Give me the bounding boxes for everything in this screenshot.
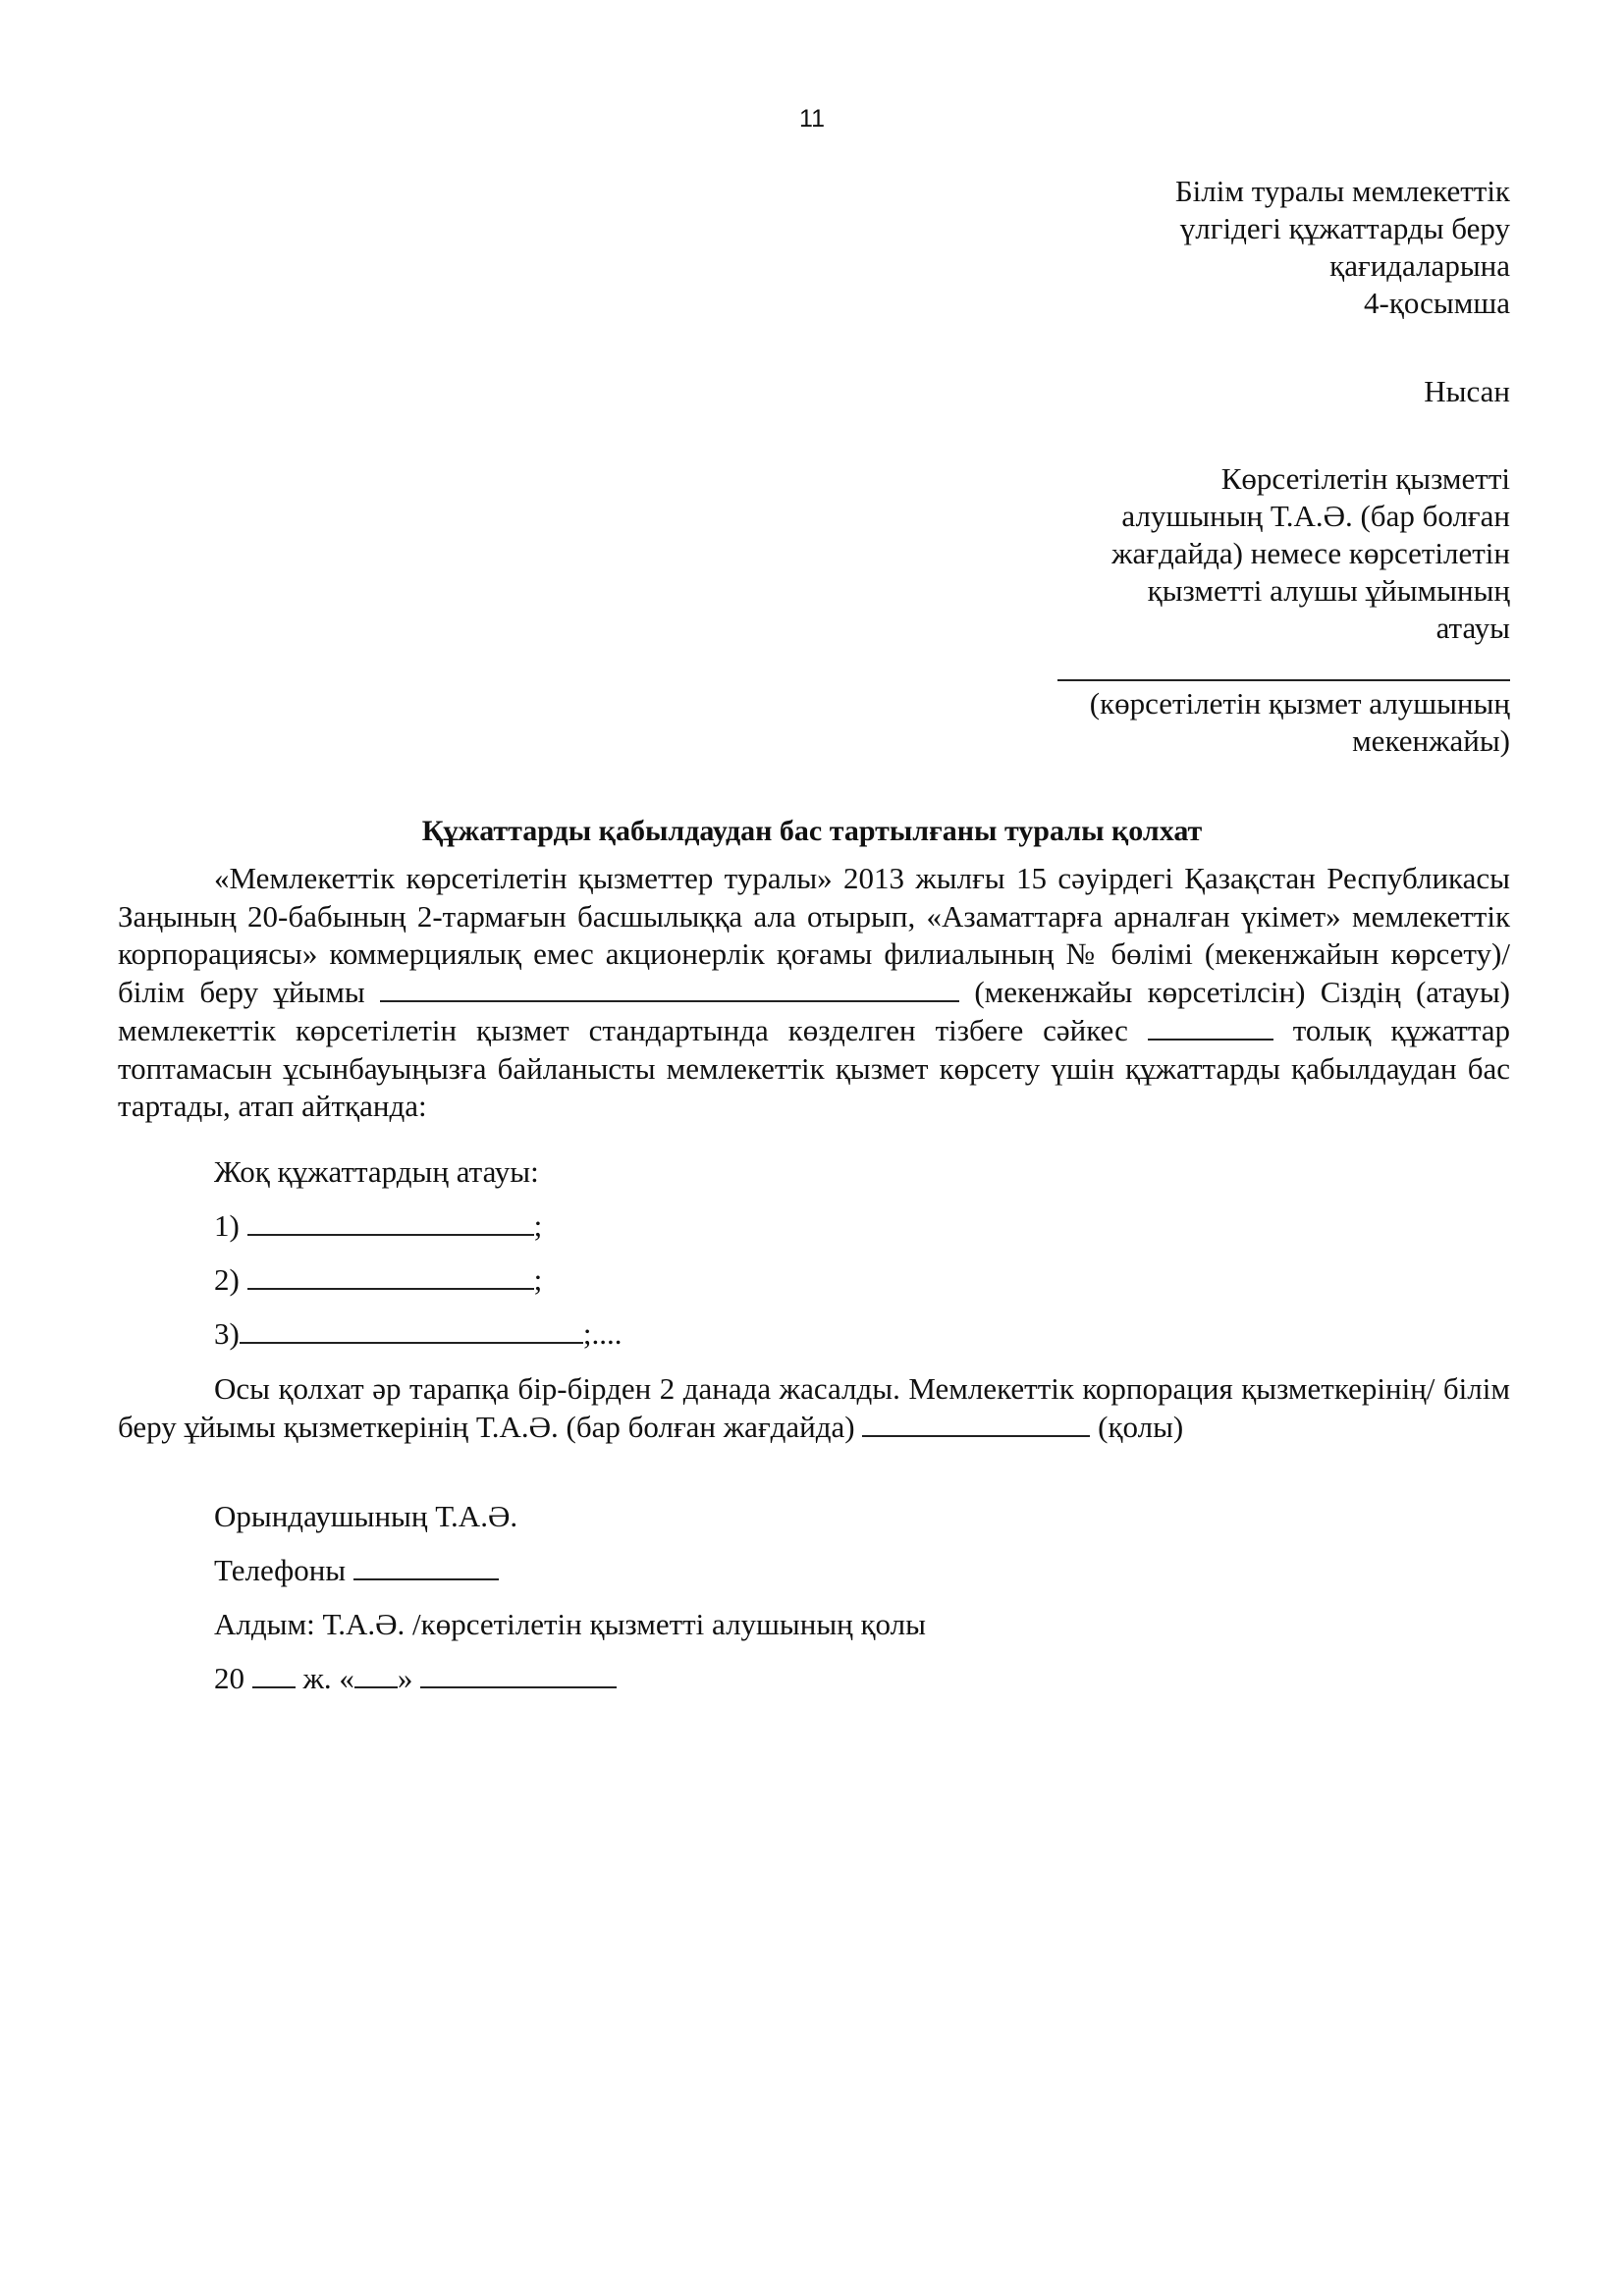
recipient-line: жағдайда) немесе көрсетілетін <box>1111 535 1510 572</box>
recipient-line: атауы <box>1111 610 1510 647</box>
missing-docs-label: Жоқ құжаттардың атауы: <box>214 1153 539 1191</box>
incomplete-docs-blank-field[interactable] <box>1148 1013 1273 1041</box>
form-label-text: Нысан <box>1424 373 1510 410</box>
missing-doc-1-field[interactable] <box>247 1208 534 1236</box>
executor-field: Орындаушының Т.А.Ә. <box>214 1498 517 1535</box>
year-blank-field[interactable] <box>252 1661 296 1688</box>
phone-field: Телефоны <box>214 1552 499 1589</box>
item-suffix: ; <box>534 1262 543 1297</box>
date-field: 20 ж. «» <box>214 1660 617 1697</box>
missing-doc-item: 3);.... <box>214 1315 622 1353</box>
document-title: Құжаттарды қабылдаудан бас тартылғаны ту… <box>0 813 1624 850</box>
item-suffix: ;.... <box>583 1316 623 1351</box>
signature-label: (қолы) <box>1098 1410 1183 1444</box>
closing-paragraph-text: Осы қолхат әр тарапқа бір-бірден 2 данад… <box>118 1371 1510 1444</box>
date-year-suffix: ж. « <box>303 1661 354 1695</box>
missing-doc-item: 2) ; <box>214 1261 542 1299</box>
date-day-suffix: » <box>398 1661 413 1695</box>
address-caption-line: (көрсетілетін қызмет алушының <box>1090 685 1510 722</box>
item-number: 1) <box>214 1208 240 1243</box>
recipient-block: Көрсетілетін қызметті алушының Т.А.Ә. (б… <box>1111 460 1510 647</box>
missing-doc-item: 1) ; <box>214 1207 542 1245</box>
appendix-line: үлгідегі құжаттарды беру <box>1175 210 1510 247</box>
main-paragraph: «Мемлекеттік көрсетілетін қызметтер тура… <box>118 860 1510 1126</box>
item-suffix: ; <box>534 1208 543 1243</box>
received-field: Алдым: Т.А.Ә. /көрсетілетін қызметті алу… <box>214 1606 926 1643</box>
closing-paragraph-block: Осы қолхат әр тарапқа бір-бірден 2 данад… <box>118 1370 1510 1446</box>
address-caption-line: мекенжайы) <box>1090 722 1510 760</box>
missing-doc-2-field[interactable] <box>247 1262 534 1290</box>
day-blank-field[interactable] <box>354 1661 398 1688</box>
item-number: 2) <box>214 1262 240 1297</box>
closing-paragraph: Осы қолхат әр тарапқа бір-бірден 2 данад… <box>118 1370 1510 1446</box>
appendix-line: 4-қосымша <box>1175 285 1510 322</box>
main-paragraph-block: «Мемлекеттік көрсетілетін қызметтер тура… <box>118 860 1510 1126</box>
form-label: Нысан <box>1424 373 1510 410</box>
recipient-line: алушының Т.А.Ә. (бар болған <box>1111 498 1510 535</box>
appendix-line: қағидаларына <box>1175 247 1510 285</box>
page-number: 11 <box>0 100 1624 137</box>
recipient-line: Көрсетілетін қызметті <box>1111 460 1510 498</box>
phone-blank-field[interactable] <box>353 1553 499 1580</box>
recipient-line: қызметті алушы ұйымының <box>1111 572 1510 610</box>
missing-doc-3-field[interactable] <box>240 1316 583 1344</box>
phone-label: Телефоны <box>214 1553 346 1587</box>
address-caption: (көрсетілетін қызмет алушының мекенжайы) <box>1090 685 1510 760</box>
appendix-line: Білім туралы мемлекеттік <box>1175 173 1510 210</box>
signature-blank-field[interactable] <box>862 1410 1090 1437</box>
month-blank-field[interactable] <box>420 1661 617 1688</box>
item-number: 3) <box>214 1316 240 1351</box>
address-blank-field[interactable] <box>1057 667 1510 681</box>
date-prefix: 20 <box>214 1661 244 1695</box>
appendix-reference: Білім туралы мемлекеттік үлгідегі құжатт… <box>1175 173 1510 322</box>
organization-blank-field[interactable] <box>380 975 959 1002</box>
